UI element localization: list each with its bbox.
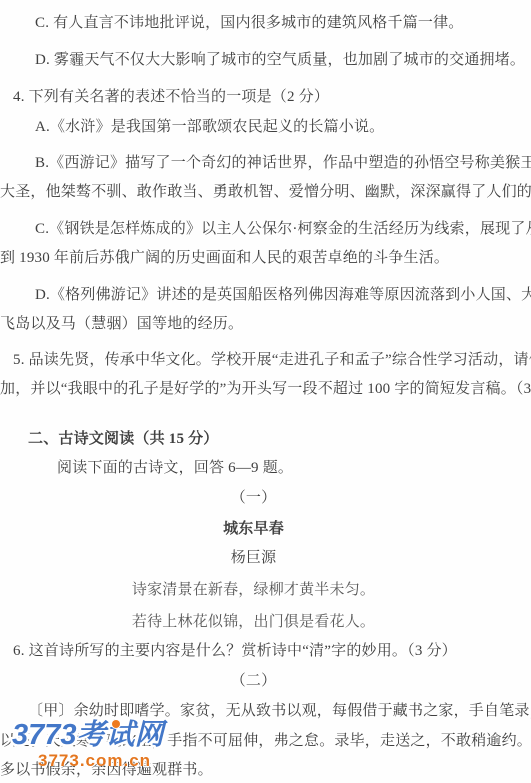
exam-paper-page: C. 有人直言不讳地批评说，国内很多城市的建筑风格千篇一律。 D. 雾霾天气不仅… bbox=[0, 0, 531, 783]
part2-label: （二） bbox=[0, 667, 531, 696]
q3-option-d: D. 雾霾天气不仅大大影响了城市的空气质量，也加剧了城市的交通拥堵。 bbox=[0, 46, 531, 75]
poem-line2: 若待上林花似锦，出门俱是看花人。 bbox=[0, 608, 531, 637]
section2-intro: 阅读下面的古诗文，回答 6—9 题。 bbox=[0, 454, 531, 483]
q4-option-b-line1: B.《西游记》描写了一个奇幻的神话世界，作品中塑造的孙悟空号称美猴王和齐天 bbox=[0, 149, 531, 178]
poem-title: 城东早春 bbox=[0, 515, 531, 544]
part1-label: （一） bbox=[0, 484, 531, 513]
watermark-accent-dot-icon bbox=[112, 720, 120, 728]
watermark-logo: 3773考试网 3773.com.cn bbox=[12, 712, 164, 771]
q4-stem: 4. 下列有关名著的表述不恰当的一项是（2 分） bbox=[0, 83, 531, 112]
q4-option-d-line2: 飞岛以及马（慧骃）国等地的经历。 bbox=[0, 310, 531, 339]
q5-line2: 加，并以“我眼中的孔子是好学的”为开头写一段不超过 100 字的简短发言稿。（3… bbox=[0, 375, 531, 404]
poem-line1: 诗家清景在新春，绿柳才黄半未匀。 bbox=[0, 576, 531, 605]
q5-line1: 5. 品读先贤，传承中华文化。学校开展“走进孔子和孟子”综合性学习活动，请你参 bbox=[0, 346, 531, 375]
poem-author: 杨巨源 bbox=[0, 544, 531, 573]
q4-option-d-line1: D.《格列佛游记》讲述的是英国船医格列佛因海难等原因流落到小人国、大人国、 bbox=[0, 281, 531, 310]
q4-option-c-line2: 到 1930 年前后苏俄广阔的历史画面和人民的艰苦卓绝的斗争生活。 bbox=[0, 244, 531, 273]
q4-option-b-line2: 大圣，他桀骜不驯、敢作敢当、勇敢机智、爱憎分明、幽默，深深赢得了人们的喜爱。 bbox=[0, 178, 531, 207]
watermark-site-name: 3773考试网 bbox=[12, 712, 164, 753]
watermark-site-url: 3773.com.cn bbox=[12, 751, 164, 771]
q4-option-c-line1: C.《钢铁是怎样炼成的》以主人公保尔·柯察金的生活经历为线索，展现了从 1915 bbox=[0, 215, 531, 244]
q6-stem: 6. 这首诗所写的主要内容是什么？赏析诗中“清”字的妙用。（3 分） bbox=[0, 637, 531, 666]
q4-option-a: A.《水浒》是我国第一部歌颂农民起义的长篇小说。 bbox=[0, 113, 531, 142]
q3-option-c: C. 有人直言不讳地批评说，国内很多城市的建筑风格千篇一律。 bbox=[0, 9, 531, 38]
section2-title: 二、古诗文阅读（共 15 分） bbox=[0, 425, 531, 454]
